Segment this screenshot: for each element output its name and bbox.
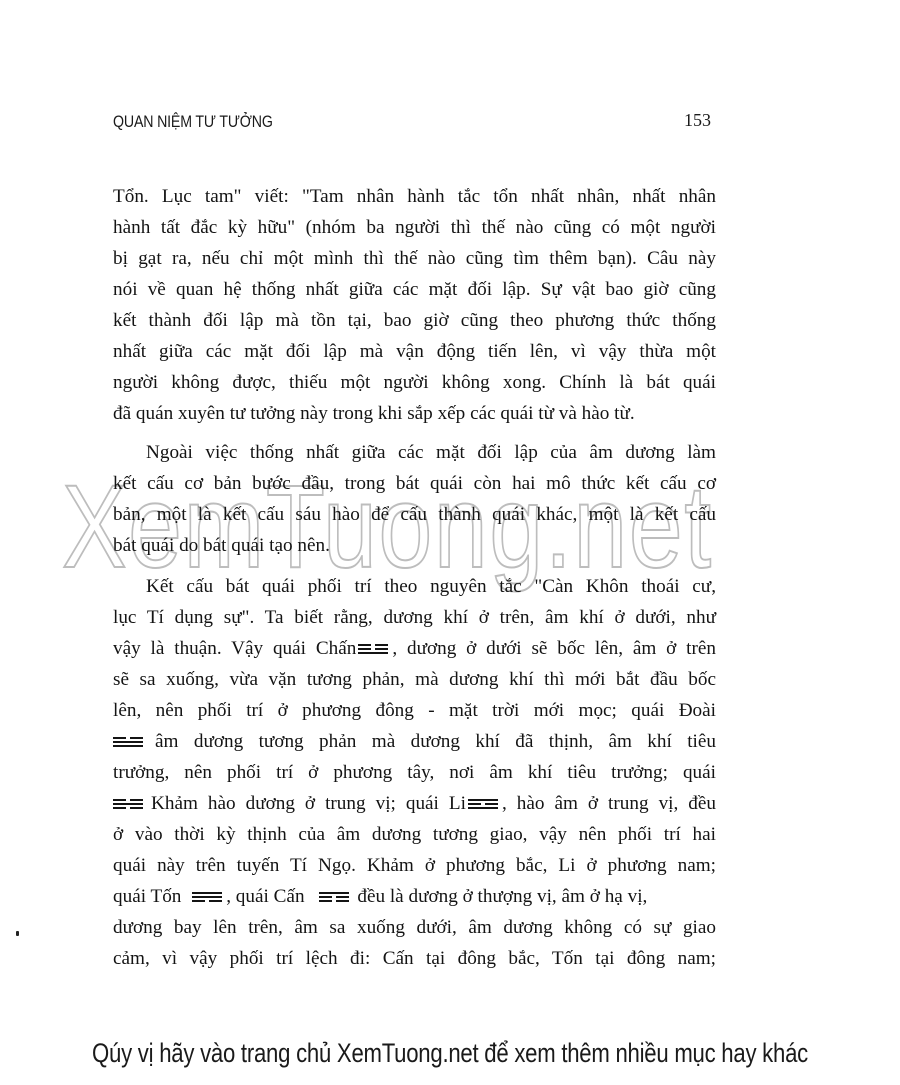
scan-artifact [16, 931, 19, 936]
text-line: trưởng, nên phối trí ở phương tây, nơi â… [113, 757, 716, 788]
page-number: 153 [684, 110, 711, 131]
text-line: Tổn. Lục tam" viết: "Tam nhân hành tắc t… [113, 181, 716, 212]
text-span: vậy là thuận. Vậy quái Chấn [113, 638, 356, 659]
book-page: QUAN NIỆM TƯ TƯỞNG 153 XemTuong.net Tổn.… [0, 0, 900, 1085]
text-line: âm dương tương phản mà dương khí đã thịn… [113, 726, 716, 757]
text-line: người không được, thiếu một người không … [113, 367, 716, 398]
text-span: , dương ở dưới sẽ bốc lên, âm ở trên [392, 638, 716, 659]
text-line: vậy là thuận. Vậy quái Chấn, dương ở dướ… [113, 633, 716, 664]
footer-promo-text: Qúy vị hãy vào trang chủ XemTuong.net để… [81, 1038, 819, 1069]
text-line: kết thành đối lập mà tồn tại, bao giờ cũ… [113, 305, 716, 336]
trigram-chan-icon [358, 643, 390, 655]
text-line: ở vào thời kỳ thịnh của âm dương tương g… [113, 819, 716, 850]
text-line: Khảm hào dương ở trung vị; quái Li, hào … [113, 788, 716, 819]
text-line: bản, một là kết cấu sáu hào để cấu thành… [113, 499, 716, 530]
text-line: bị gạt ra, nếu chỉ một mình thì thế nào … [113, 243, 716, 274]
text-line: kết cấu cơ bản bước đầu, trong bát quái … [113, 468, 716, 499]
trigram-li-icon [468, 798, 500, 810]
text-line: sẽ sa xuống, vừa vặn tương phản, mà dươn… [113, 664, 716, 695]
text-line: lên, nên phối trí ở phương đông - mặt tr… [113, 695, 716, 726]
trigram-can-icon [319, 891, 351, 903]
text-line: đã quán xuyên tư tưởng này trong khi sắp… [113, 398, 716, 429]
text-line: nói về quan hệ thống nhất giữa các mặt đ… [113, 274, 716, 305]
text-span: , hào âm ở trung vị, đều [502, 793, 716, 814]
text-line: lục Tí dụng sự". Ta biết rằng, dương khí… [113, 602, 716, 633]
text-span: quái Tốn [113, 886, 181, 907]
text-line: quái Tốn , quái Cấn đều là dương ở thượn… [113, 881, 716, 912]
text-line: quái này trên tuyến Tí Ngọ. Khảm ở phươn… [113, 850, 716, 881]
text-line: nhất giữa các mặt đối lập mà vận động ti… [113, 336, 716, 367]
text-line: Kết cấu bát quái phối trí theo nguyên tắ… [146, 571, 716, 602]
text-line: bát quái do bát quái tạo nên. [113, 530, 716, 561]
text-line: hành tất đắc kỳ hữu" (nhóm ba người thì … [113, 212, 716, 243]
text-line: Ngoài việc thống nhất giữa các mặt đối l… [146, 437, 716, 468]
trigram-ton-icon [192, 891, 224, 903]
text-span: Khảm hào dương ở trung vị; quái Li [151, 793, 466, 814]
text-span: , quái Cấn [226, 886, 304, 907]
trigram-doai-icon [113, 736, 145, 748]
trigram-kham-icon [113, 798, 145, 810]
text-line: cảm, vì vậy phối trí lệch đi: Cấn tại đô… [113, 943, 716, 974]
running-title: QUAN NIỆM TƯ TƯỞNG [113, 113, 273, 132]
text-line: dương bay lên trên, âm sa xuống dưới, âm… [113, 912, 716, 943]
text-span: đều là dương ở thượng vị, âm ở hạ vị, [357, 886, 647, 907]
text-span: âm dương tương phản mà dương khí đã thịn… [155, 731, 716, 752]
